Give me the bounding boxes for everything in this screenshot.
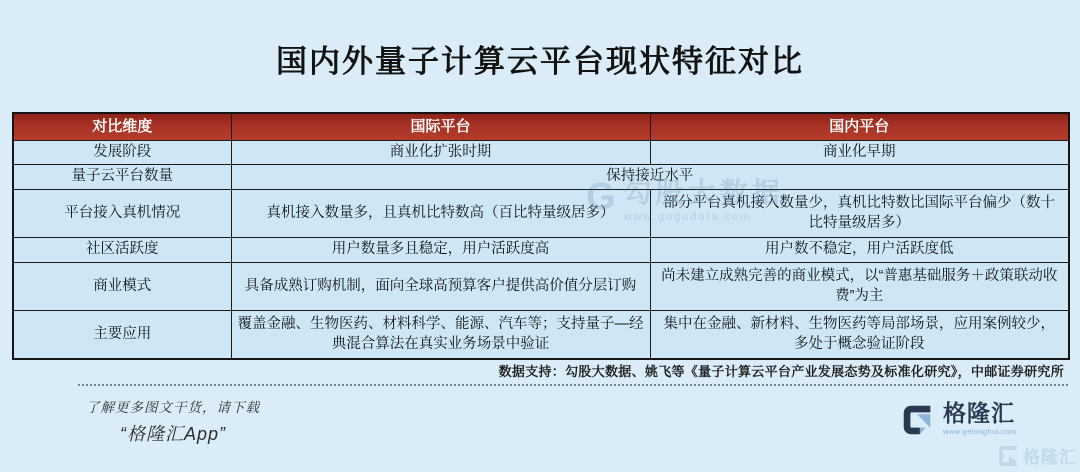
gelonghui-logo: 格隆汇 www.gelonghui.com — [899, 401, 1017, 439]
promo-line1: 了解更多图文干货，请下载 — [86, 396, 260, 416]
international-cell: 真机接入数量多，且真机比特数高（百比特量级居多） — [231, 190, 650, 238]
promo-app-name: “格隆汇App” — [86, 420, 260, 446]
table-row-platform-count: 量子云平台数量 保持接近水平 — [13, 165, 1069, 190]
dimension-cell: 社区活跃度 — [13, 238, 231, 263]
page-title: 国内外量子计算云平台现状特征对比 — [0, 36, 1080, 81]
dimension-cell: 发展阶段 — [13, 141, 231, 165]
international-cell: 具备成熟订购机制，面向全球高预算客户提供高价值分层订购 — [231, 263, 650, 311]
international-cell: 覆盖金融、生物医药、材料科学、能源、汽车等；支持量子—经典混合算法在真实业务场景… — [231, 311, 650, 360]
col-header-domestic: 国内平台 — [650, 113, 1069, 141]
table-row-business-model: 商业模式 具备成熟订购机制，面向全球高预算客户提供高价值分层订购 尚未建立成熟完… — [13, 263, 1069, 311]
table-row-main-applications: 主要应用 覆盖金融、生物医药、材料科学、能源、汽车等；支持量子—经典混合算法在真… — [13, 311, 1069, 360]
data-source-note: 数据支持：勾股大数据、姚飞等《量子计算云平台产业发展态势及标准化研究》，中邮证券… — [499, 361, 1064, 380]
table-header-row: 对比维度 国际平台 国内平台 — [13, 113, 1069, 141]
dimension-cell: 主要应用 — [13, 311, 231, 360]
gelonghui-mini-g-icon — [999, 446, 1019, 466]
gelonghui-corner-watermark: 格隆汇 — [999, 443, 1077, 468]
dimension-cell: 商业模式 — [13, 263, 231, 311]
table-row-development-stage: 发展阶段 商业化扩张时期 商业化早期 — [13, 141, 1069, 165]
comparison-table: 对比维度 国际平台 国内平台 发展阶段 商业化扩张时期 商业化早期 量子云平台数… — [12, 112, 1070, 360]
brand-name: 格隆汇 — [943, 401, 1017, 425]
infographic-card: 国内外量子计算云平台现状特征对比 对比维度 国际平台 国内平台 发展阶段 商业化… — [0, 0, 1080, 472]
dotted-divider — [78, 384, 1068, 386]
dimension-cell: 平台接入真机情况 — [13, 190, 231, 238]
domestic-cell: 商业化早期 — [650, 141, 1069, 165]
dimension-cell: 量子云平台数量 — [13, 165, 231, 190]
table-row-real-machine-access: 平台接入真机情况 真机接入数量多，且真机比特数高（百比特量级居多） 部分平台真机… — [13, 190, 1069, 238]
domestic-cell: 集中在金融、新材料、生物医药等局部场景，应用案例较少，多处于概念验证阶段 — [650, 311, 1069, 360]
international-cell: 商业化扩张时期 — [231, 141, 650, 165]
brand-url: www.gelonghui.com — [943, 427, 1017, 436]
domestic-cell: 部分平台真机接入数量少，真机比特数比国际平台偏少（数十比特量级居多） — [650, 190, 1069, 238]
merged-cell: 保持接近水平 — [231, 165, 1069, 190]
table-row-community-activity: 社区活跃度 用户数量多且稳定，用户活跃度高 用户数不稳定，用户活跃度低 — [13, 238, 1069, 263]
domestic-cell: 用户数不稳定，用户活跃度低 — [650, 238, 1069, 263]
international-cell: 用户数量多且稳定，用户活跃度高 — [231, 238, 650, 263]
domestic-cell: 尚未建立成熟完善的商业模式，以“普惠基础服务＋政策联动收费”为主 — [650, 263, 1069, 311]
col-header-international: 国际平台 — [231, 113, 650, 141]
promo-text: 了解更多图文干货，请下载 “格隆汇App” — [86, 396, 260, 446]
col-header-dimension: 对比维度 — [13, 113, 231, 141]
gelonghui-watermark-text: 格隆汇 — [1023, 443, 1077, 468]
gelonghui-g-icon — [899, 401, 937, 439]
